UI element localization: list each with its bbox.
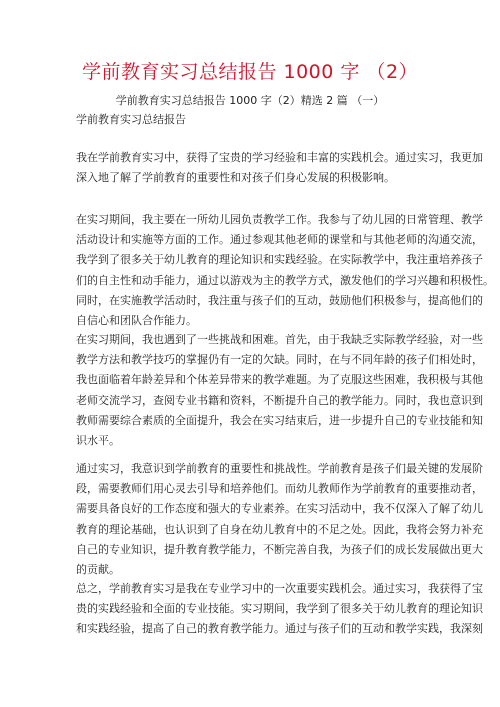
text-line: 教学方法和教学技巧的掌握仍有一定的欠缺。同时，在与不同年龄的孩子们相处时， bbox=[76, 350, 426, 370]
text-line: 在实习期间，我主要在一所幼儿园负责教学工作。我参与了幼儿园的日常管理、教学 bbox=[76, 210, 426, 230]
text-line: 教育的理论基础，也认识到了自身在幼儿教育中的不足之处。因此，我将会努力补充 bbox=[76, 520, 426, 540]
text-line: 贵的实践经验和全面的专业技能。实习期间，我学到了很多关于幼儿教育的理论知识 bbox=[76, 599, 426, 619]
document-title: 学前教育实习总结报告 1000 字 （2） bbox=[0, 60, 500, 84]
text-line: 的贡献。 bbox=[76, 560, 426, 580]
paragraph-5: 总之，学前教育实习是我在专业学习中的一次重要实践机会。通过实习，我获得了宝 贵的… bbox=[76, 579, 426, 640]
section-heading: 学前教育实习总结报告 bbox=[76, 113, 186, 127]
paragraph-1: 我在学前教育实习中，获得了宝贵的学习经验和丰富的实践机会。通过实习，我更加 深入… bbox=[76, 148, 426, 188]
text-line: 段，需要教师们用心灵去引导和培养他们。而幼儿教师作为学前教育的重要推动者， bbox=[76, 479, 426, 499]
text-line: 我在学前教育实习中，获得了宝贵的学习经验和丰富的实践机会。通过实习，我更加 bbox=[76, 148, 426, 168]
text-line: 老师交流学习，查阅专业书籍和资料，不断提升自己的教学能力。同时，我也意识到 bbox=[76, 391, 426, 411]
text-line: 通过实习，我意识到学前教育的重要性和挑战性。学前教育是孩子们最关键的发展阶 bbox=[76, 459, 426, 479]
text-line: 教师需要综合素质的全面提升，我会在实习结束后，进一步提升自己的专业技能和知 bbox=[76, 411, 426, 431]
text-line: 自己的专业知识，提升教育教学能力，不断完善自我，为孩子们的成长发展做出更大 bbox=[76, 540, 426, 560]
paragraph-4: 通过实习，我意识到学前教育的重要性和挑战性。学前教育是孩子们最关键的发展阶 段，… bbox=[76, 459, 426, 580]
document-page: 学前教育实习总结报告 1000 字 （2） 学前教育实习总结报告 1000 字（… bbox=[0, 0, 500, 707]
text-line: 在实习期间，我也遇到了一些挑战和困难。首先，由于我缺乏实际教学经验，对一些 bbox=[76, 330, 426, 350]
text-line: 识水平。 bbox=[76, 431, 426, 451]
text-line: 和实践经验，提高了自己的教育教学能力。通过与孩子们的互动和教学实践，我深刻 bbox=[76, 619, 426, 639]
text-line: 深入地了解了学前教育的重要性和对孩子们身心发展的积极影响。 bbox=[76, 168, 426, 188]
text-line: 总之，学前教育实习是我在专业学习中的一次重要实践机会。通过实习，我获得了宝 bbox=[76, 579, 426, 599]
document-subtitle: 学前教育实习总结报告 1000 字（2）精选 2 篇 （一） bbox=[0, 94, 500, 108]
text-line: 自信心和团队合作能力。 bbox=[76, 311, 426, 331]
paragraph-3: 在实习期间，我也遇到了一些挑战和困难。首先，由于我缺乏实际教学经验，对一些 教学… bbox=[76, 330, 426, 451]
text-line: 活动设计和实施等方面的工作。通过参观其他老师的课堂和与其他老师的沟通交流， bbox=[76, 230, 426, 250]
paragraph-2: 在实习期间，我主要在一所幼儿园负责教学工作。我参与了幼儿园的日常管理、教学 活动… bbox=[76, 210, 426, 331]
text-line: 我也面临着年龄差异和个体差异带来的教学难题。为了克服这些困难，我积极与其他 bbox=[76, 370, 426, 390]
text-line: 们的自主性和动手能力，通过以游戏为主的教学方式，激发他们的学习兴趣和积极性。 bbox=[76, 271, 426, 291]
text-line: 同时，在实施教学活动时，我注重与孩子们的互动，鼓励他们积极参与，提高他们的 bbox=[76, 291, 426, 311]
text-line: 需要具备良好的工作态度和强大的专业素养。在实习活动中，我不仅深入了解了幼儿 bbox=[76, 499, 426, 519]
text-line: 我学到了很多关于幼儿教育的理论知识和实践经验。在实际教学中，我注重培养孩子 bbox=[76, 250, 426, 270]
